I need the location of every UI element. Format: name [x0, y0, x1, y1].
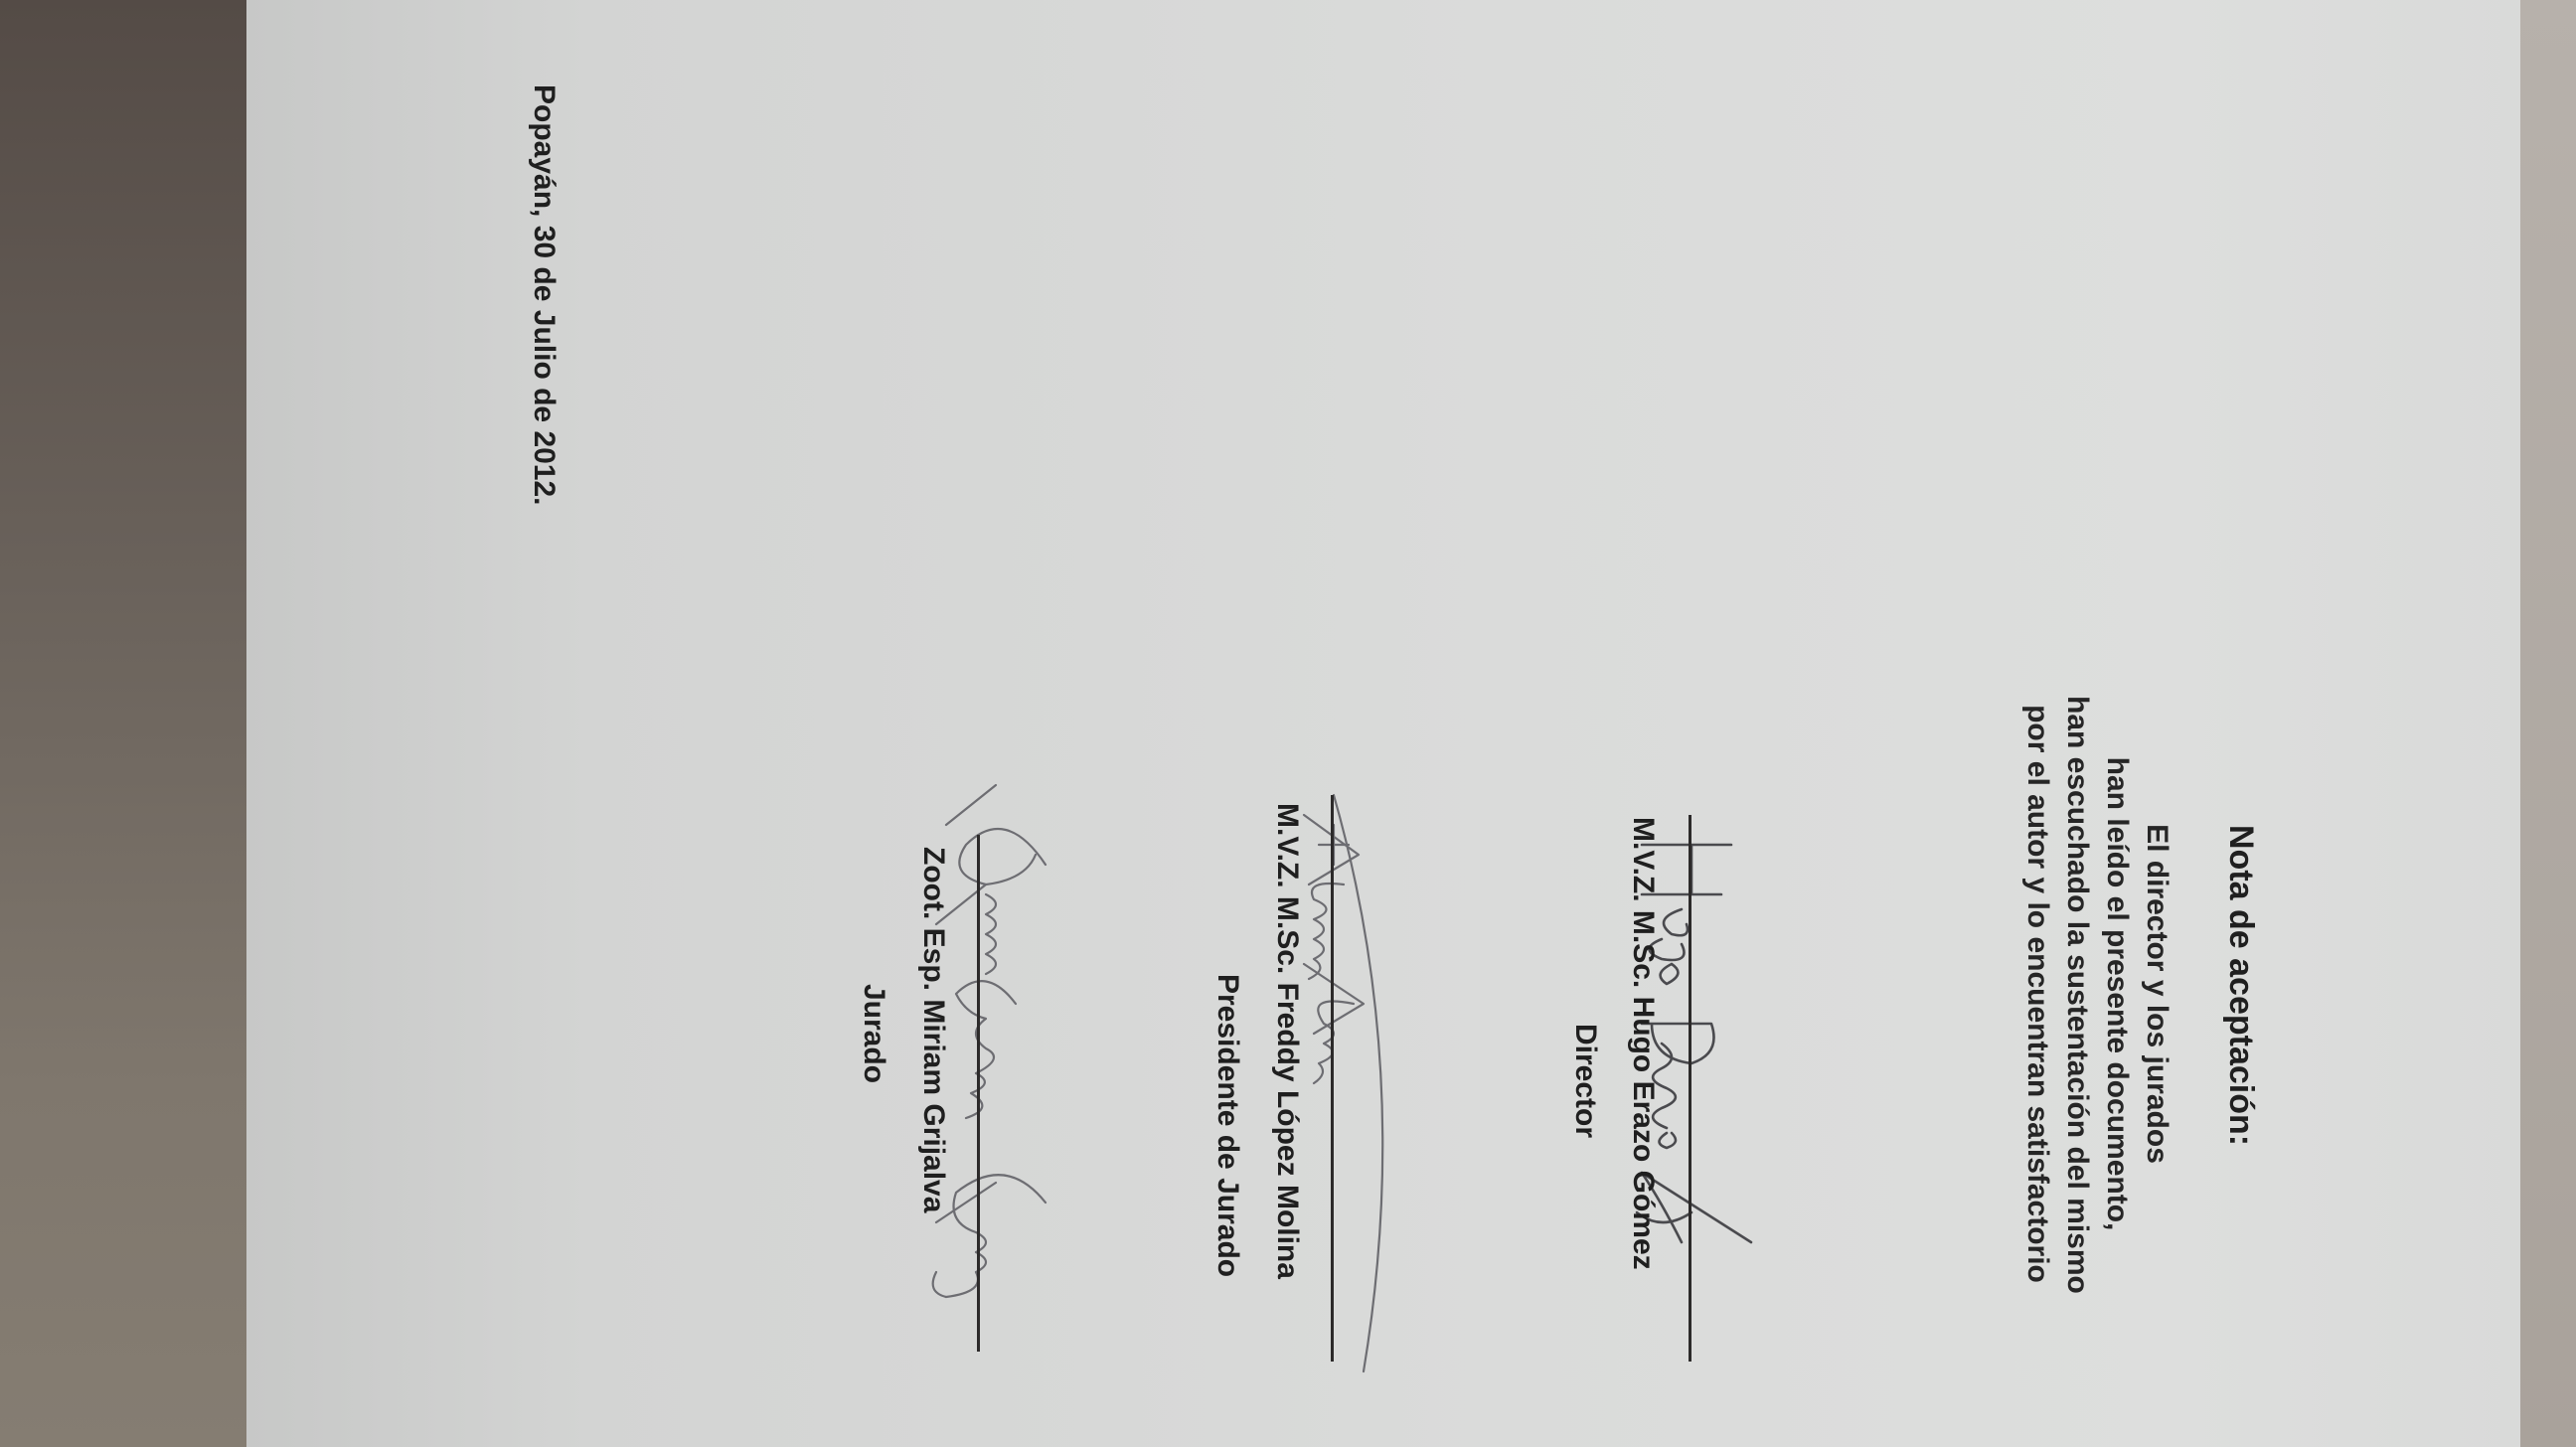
acceptance-statement: El director y los jurados han leído el p… [2017, 696, 2176, 1292]
place-date: Popayán, 30 de Julio de 2012. [527, 84, 561, 506]
signatory-name: M.V.Z. M.Sc. Hugo Erazo Gómez [1626, 817, 1660, 1270]
signature-line [1689, 815, 1691, 1362]
signatory-role: Presidente de Jurado [1210, 974, 1244, 1277]
signature-line [1331, 795, 1334, 1362]
signature-line [977, 835, 980, 1352]
statement-line: han escuchado la sustentación del mismo [2057, 696, 2097, 1292]
signatory-role: Jurado [857, 984, 890, 1083]
statement-line: El director y los jurados [2137, 696, 2176, 1292]
signatory-role: Director [1568, 1024, 1602, 1138]
signatory-name: M.V.Z. M.Sc. Freddy López Molina [1270, 803, 1304, 1279]
rotated-document: Nota de aceptación: El director y los ju… [0, 0, 2576, 1447]
acceptance-heading: Nota de aceptación: [2221, 825, 2260, 1146]
statement-line: han leído el presente documento, [2097, 696, 2137, 1292]
statement-line: por el autor y lo encuentran satisfactor… [2017, 696, 2057, 1292]
signatory-name: Zoot. Esp. Miriam Grijalva [916, 847, 950, 1212]
